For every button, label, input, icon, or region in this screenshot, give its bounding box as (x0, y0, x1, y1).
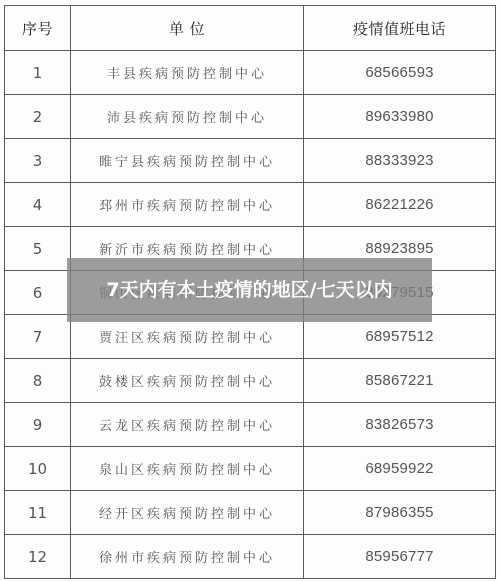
table-row: 10 泉山区疾病预防控制中心 68959922 (5, 447, 496, 491)
row-index: 8 (5, 359, 71, 403)
row-unit: 睢宁县疾病预防控制中心 (71, 139, 304, 183)
row-unit: 鼓楼区疾病预防控制中心 (71, 359, 304, 403)
table-row: 11 经开区疾病预防控制中心 87986355 (5, 491, 496, 535)
row-unit: 沛县疾病预防控制中心 (71, 95, 304, 139)
row-phone: 88333923 (304, 139, 496, 183)
overlay-title: 7天内有本土疫情的地区/七天以内 (80, 279, 420, 301)
row-unit: 丰县疾病预防控制中心 (71, 51, 304, 95)
row-unit: 邳州市疾病预防控制中心 (71, 183, 304, 227)
row-phone: 86221226 (304, 183, 496, 227)
header-index: 序号 (5, 6, 71, 51)
row-index: 5 (5, 227, 71, 271)
row-index: 7 (5, 315, 71, 359)
row-phone: 89633980 (304, 95, 496, 139)
row-unit: 泉山区疾病预防控制中心 (71, 447, 304, 491)
header-unit: 单 位 (71, 6, 304, 51)
row-index: 10 (5, 447, 71, 491)
row-index: 2 (5, 95, 71, 139)
row-phone: 87986355 (304, 491, 496, 535)
row-index: 12 (5, 535, 71, 579)
row-index: 6 (5, 271, 71, 315)
row-phone: 85956777 (304, 535, 496, 579)
row-unit: 经开区疾病预防控制中心 (71, 491, 304, 535)
document-image: 序号 单 位 疫情值班电话 1 丰县疾病预防控制中心 68566593 2 沛县… (0, 0, 500, 581)
row-phone: 68959922 (304, 447, 496, 491)
table-row: 9 云龙区疾病预防控制中心 83826573 (5, 403, 496, 447)
row-index: 4 (5, 183, 71, 227)
row-phone: 68566593 (304, 51, 496, 95)
row-index: 1 (5, 51, 71, 95)
row-phone: 85867221 (304, 359, 496, 403)
table-header-row: 序号 单 位 疫情值班电话 (5, 6, 496, 51)
row-index: 9 (5, 403, 71, 447)
table-row: 3 睢宁县疾病预防控制中心 88333923 (5, 139, 496, 183)
row-phone: 83826573 (304, 403, 496, 447)
table-row: 12 徐州市疾病预防控制中心 85956777 (5, 535, 496, 579)
table-row: 4 邳州市疾病预防控制中心 86221226 (5, 183, 496, 227)
row-index: 11 (5, 491, 71, 535)
table-row: 8 鼓楼区疾病预防控制中心 85867221 (5, 359, 496, 403)
table-row: 1 丰县疾病预防控制中心 68566593 (5, 51, 496, 95)
row-unit: 云龙区疾病预防控制中心 (71, 403, 304, 447)
title-overlay-banner: 7天内有本土疫情的地区/七天以内 (67, 258, 432, 322)
header-phone: 疫情值班电话 (304, 6, 496, 51)
row-index: 3 (5, 139, 71, 183)
row-unit: 徐州市疾病预防控制中心 (71, 535, 304, 579)
table-row: 2 沛县疾病预防控制中心 89633980 (5, 95, 496, 139)
